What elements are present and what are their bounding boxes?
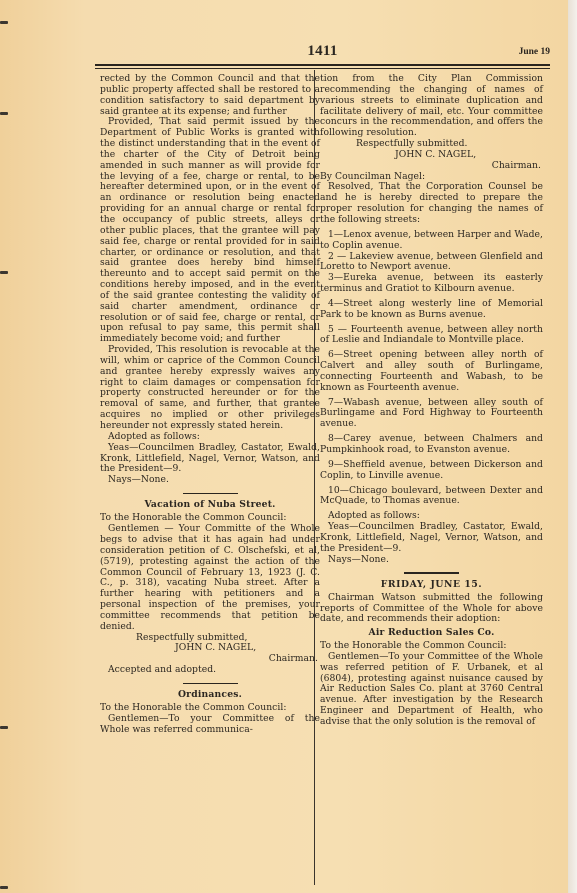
header-date: June 19 <box>519 47 550 57</box>
header-rule-thin <box>95 68 550 69</box>
yeas-line: Yeas—Councilmen Bradley, Castator, Ewald… <box>320 522 543 555</box>
street-item: 8—Carey avenue, between Chalmers and Pum… <box>320 434 543 456</box>
left-column: rected by the Common Council and that th… <box>100 74 320 736</box>
binding-mark <box>0 112 8 115</box>
section-divider <box>183 683 238 684</box>
street-item: 7—Wabash avenue, between alley south of … <box>320 398 543 431</box>
binding-mark <box>0 271 8 274</box>
paragraph: Gentlemen—To your Committee of the Whole… <box>320 652 543 728</box>
right-column: tion from the City Plan Commission recom… <box>320 74 543 728</box>
section-divider <box>404 572 459 573</box>
resolved-paragraph: Resolved, That the Corporation Counsel b… <box>320 182 543 225</box>
section-heading: Vacation of Nuba Street. <box>100 500 320 511</box>
street-item: 2 — Lakeview avenue, between Glenfield a… <box>320 252 543 274</box>
paragraph: Provided, That said permit issued by the… <box>100 117 320 345</box>
result-line: Accepted and adopted. <box>100 665 320 676</box>
street-item: 4—Street along westerly line of Memorial… <box>320 299 543 321</box>
page-edge-shadow <box>568 0 577 893</box>
street-item: 5 — Fourteenth avenue, between alley nor… <box>320 325 543 347</box>
binding-mark <box>0 886 8 889</box>
yeas-line: Yeas—Councilmen Bradley, Castator, Ewald… <box>100 443 320 476</box>
page-number: 1411 <box>95 43 550 60</box>
paragraph: Chairman Watson submitted the following … <box>320 593 543 626</box>
street-item: 1—Lenox avenue, between Harper and Wade,… <box>320 230 543 252</box>
paragraph: rected by the Common Council and that th… <box>100 74 320 117</box>
paragraph: Provided, This resolution is revocable a… <box>100 345 320 432</box>
nays-line: Nays—None. <box>320 555 543 566</box>
street-item: 9—Sheffield avenue, between Dickerson an… <box>320 460 543 482</box>
signer-title: Chairman. <box>320 161 543 172</box>
nays-line: Nays—None. <box>100 475 320 486</box>
section-heading: Air Reduction Sales Co. <box>320 628 543 639</box>
section-divider <box>183 493 238 494</box>
section-heading: FRIDAY, JUNE 15. <box>320 580 543 591</box>
street-item: 3—Eureka avenue, between its easterly te… <box>320 273 543 295</box>
section-heading: Ordinances. <box>100 690 320 701</box>
binding-mark <box>0 21 8 24</box>
paragraph: tion from the City Plan Commission recom… <box>320 74 543 139</box>
paragraph: Gentlemen—To your Committee of the Whole… <box>100 714 320 736</box>
page-header: 1411 June 19 <box>95 40 550 64</box>
street-item: 10—Chicago boulevard, between Dexter and… <box>320 486 543 508</box>
street-item: 6—Street opening between alley north of … <box>320 350 543 393</box>
binding-mark <box>0 726 8 729</box>
header-rule-thick <box>95 64 550 66</box>
paragraph: Gentlemen — Your Committe of the Whole b… <box>100 524 320 632</box>
